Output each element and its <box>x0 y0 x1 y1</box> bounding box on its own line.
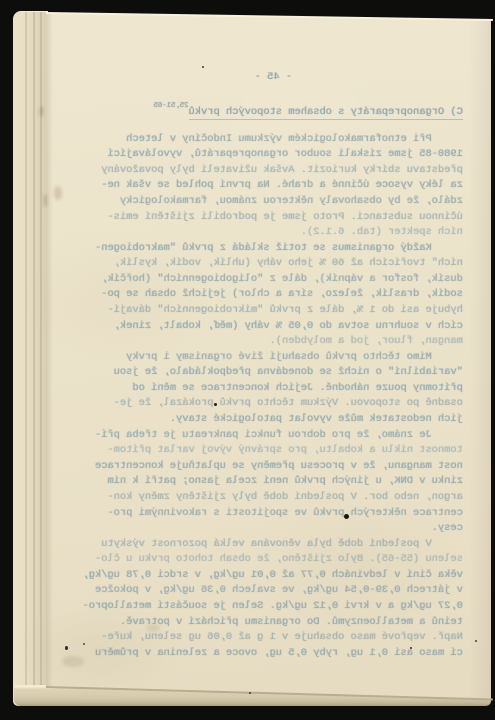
section-heading: C) Organopreparáty s obsahem stopových p… <box>84 102 463 121</box>
typewritten-line: "variabilní" o nichž se donedávna předpo… <box>84 365 463 381</box>
ink-speck <box>475 640 477 642</box>
ink-speck <box>410 647 412 649</box>
typewritten-line: cesy. <box>84 521 463 537</box>
typewritten-line: argon, nebo bor. V poslední době byly zj… <box>84 490 463 506</box>
typewritten-line: jich nedostatek může vyvolat patologické… <box>84 412 463 428</box>
stain-smudge <box>146 624 160 632</box>
typewritten-line: teinů a metalloenzymů. Do organismu přic… <box>84 615 463 631</box>
typewritten-line: hybuje asi do 1 %, dále z prvků "mikrobi… <box>84 303 463 319</box>
page-right-shadow <box>469 18 491 702</box>
typewritten-line: za léky vysoce účinné a drahé. Na první … <box>84 178 463 194</box>
typewritten-line: selenu (55-65). Bylo zjištěno, že obsah … <box>84 552 463 568</box>
typewritten-line: zdálo, že by obsahovaly některou známou,… <box>84 194 463 210</box>
typewritten-line: ních spekter (tab. 6.1.2). <box>84 225 463 241</box>
ink-speck <box>344 514 349 519</box>
ink-speck <box>83 643 85 645</box>
ink-speck <box>249 692 251 694</box>
typewritten-text: Při etnofarmakologickém výzkumu Indočíny… <box>84 132 463 662</box>
ink-speck <box>214 403 217 406</box>
typewritten-line: zinku v DNK, u jiných prvků není zcela j… <box>84 474 463 490</box>
page-left-seam-shadow <box>46 13 53 689</box>
typewritten-line: centrace některých prvků ve spojitosti s… <box>84 506 463 522</box>
typewritten-line: V poslední době byla věnována velká pozo… <box>84 537 463 553</box>
typewritten-line: Každý organismus se totiž skládá z prvků… <box>84 241 463 257</box>
typewritten-line: účinnou substanci. Proto jsme je podrobi… <box>84 210 463 226</box>
ink-speck <box>202 66 204 68</box>
typewritten-line: ních" tvořících až 60 % jeho váhy (uhlík… <box>84 256 463 272</box>
typewritten-line: sodík, draslík, železo, síra a chlor) je… <box>84 287 463 303</box>
bleed-through-text-block: - 45 - C) Organopreparáty s obsahem stop… <box>84 70 463 661</box>
typewritten-line: přítomny pouze náhodně. Jejich koncentra… <box>84 381 463 397</box>
typewritten-line: Např. vepřové maso obsahuje v 1 g až 0,0… <box>84 630 463 646</box>
typewritten-line: osadně po stopovou. Výzkum těchto prvků … <box>84 396 463 412</box>
typewritten-line: tomnost niklu a kobaltu, pro správný výv… <box>84 443 463 459</box>
typewritten-line: Je známo, že pro dobrou funkci pankreatu… <box>84 428 463 444</box>
stain-smudge <box>40 106 43 117</box>
typewritten-line: Mimo těchto prvků obsahují živé organism… <box>84 350 463 366</box>
stain-smudge <box>62 656 84 667</box>
typewritten-line: cích v souhrnu sotva do 0,05 % váhy (měď… <box>84 319 463 335</box>
typewritten-line: představu sbírky kuriozit. Avšak uživate… <box>84 163 463 179</box>
typewritten-line: dusík, fosfor a vápník), dále z "oligobi… <box>84 272 463 288</box>
stain-smudge <box>44 194 47 207</box>
typewritten-line: mangan, fluor, jod a molybden). <box>84 334 463 350</box>
typewritten-line: 0,27 ug/kg a v krvi 0,12 ug/kg. Selen je… <box>84 599 463 615</box>
section-heading-text: C) Organopreparáty s obsahem stopových p… <box>189 106 463 120</box>
typewritten-line: nost manganu, že v procesu přeměny se up… <box>84 459 463 475</box>
typewritten-line: 1980-85 jsme získali soubor organoprepar… <box>84 147 463 163</box>
scanned-page: - 45 - C) Organopreparáty s obsahem stop… <box>0 0 495 720</box>
typewritten-line: cí maso asi 0,1 ug, ryby 0,5 ug, ovoce a… <box>84 646 463 662</box>
stain-smudge <box>54 186 62 200</box>
typewritten-line: v játrech 0,39-0,54 ug/kg, ve svalech 0,… <box>84 583 463 599</box>
scanned-document: - 45 - C) Organopreparáty s obsahem stop… <box>0 0 495 720</box>
typewritten-line: Při etnofarmakologickém výzkumu Indočíny… <box>84 132 463 148</box>
page-number: - 45 - <box>84 70 463 86</box>
typewritten-line: věka činí v ledvinách 0,77 až 0,01 ug/kg… <box>84 568 463 584</box>
page-edge-stack-left <box>13 11 48 706</box>
heading-citation-superscript: 25,51-65 <box>154 102 189 110</box>
ink-speck <box>65 646 68 650</box>
